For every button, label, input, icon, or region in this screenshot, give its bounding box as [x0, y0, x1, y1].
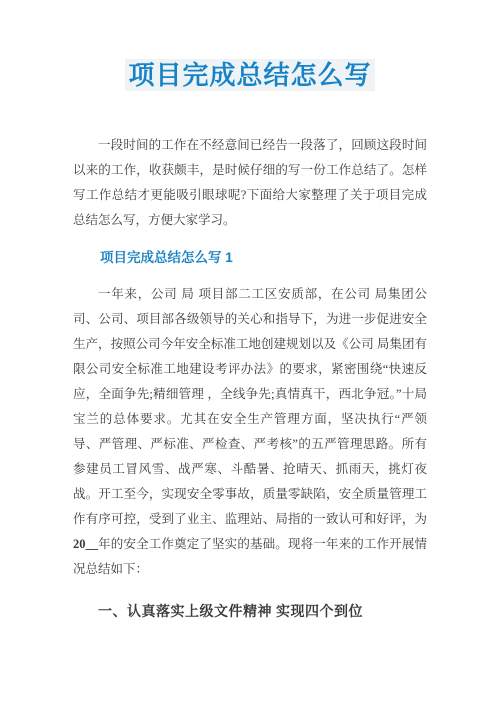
document-page: 项目完成总结怎么写 一段时间的工作在不经意间已经告一段落了，回顾这段时间以来的工… [73, 0, 427, 625]
main-paragraph-part2: 年的安全工作奠定了坚实的基础。现将一年来的工作开展情况总结如下： [73, 537, 427, 576]
section-heading-1: 一、认真落实上级文件精神 实现四个到位 [73, 600, 427, 625]
main-paragraph: 一年来，公司 局 项目部二工区安质部，在公司 局集团公司、公司、项目部各级领导的… [73, 282, 427, 582]
year-placeholder: 20__ [73, 537, 98, 551]
document-title: 项目完成总结怎么写 [73, 54, 427, 96]
document-title-text: 项目完成总结怎么写 [125, 59, 374, 91]
intro-paragraph: 一段时间的工作在不经意间已经告一段落了，回顾这段时间以来的工作，收获颇丰，是时候… [73, 133, 427, 233]
subheading-1: 项目完成总结怎么写 1 [73, 245, 427, 270]
main-paragraph-part1: 一年来，公司 局 项目部二工区安质部，在公司 局集团公司、公司、项目部各级领导的… [73, 287, 427, 526]
